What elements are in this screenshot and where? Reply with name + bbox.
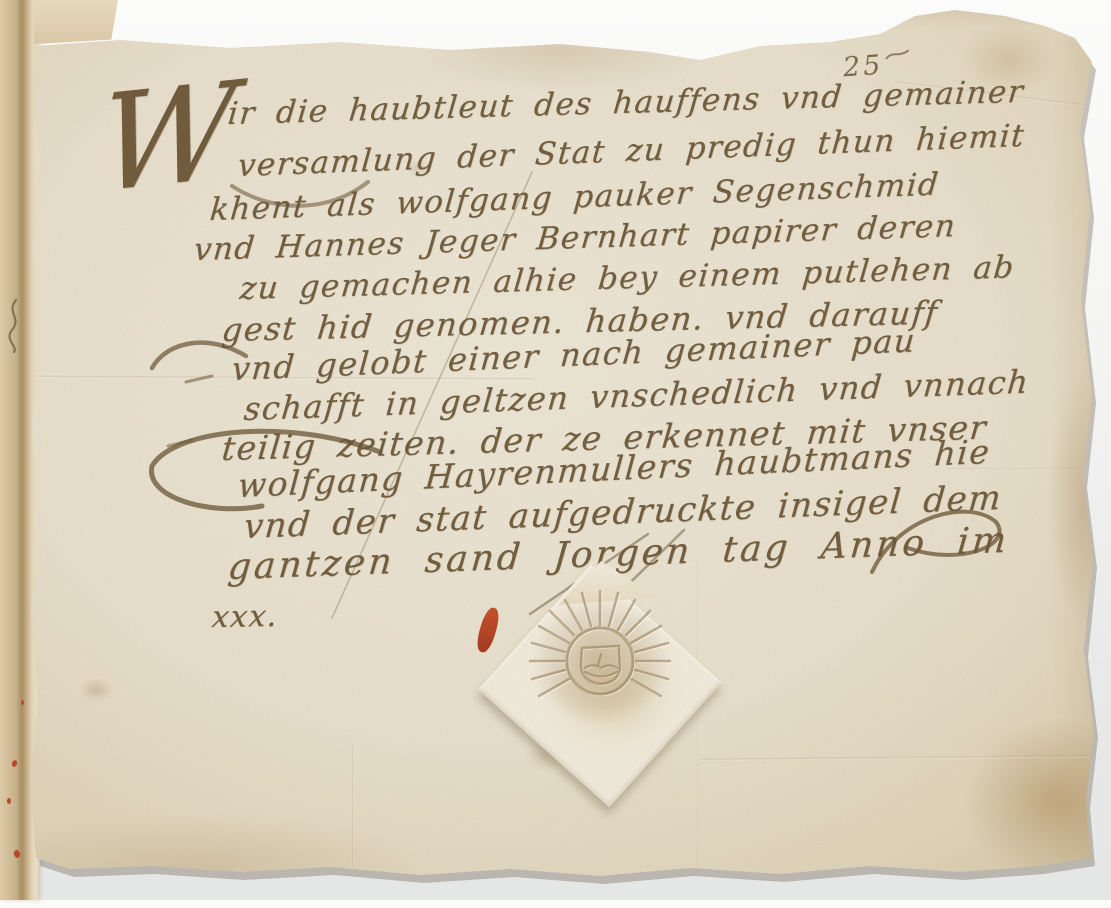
red-wax-speck (7, 798, 11, 804)
underlying-page-corner (34, 0, 118, 46)
manuscript-page: 25 W ir die haubtleut des hauffens vnd g… (0, 0, 1111, 900)
red-wax-speck (21, 700, 24, 705)
paper-texture (0, 0, 1111, 900)
margin-ink-mark (2, 296, 28, 358)
manuscript-photo: 25 W ir die haubtleut des hauffens vnd g… (0, 0, 1111, 900)
red-wax-speck (11, 759, 18, 767)
red-wax-speck (13, 849, 21, 858)
